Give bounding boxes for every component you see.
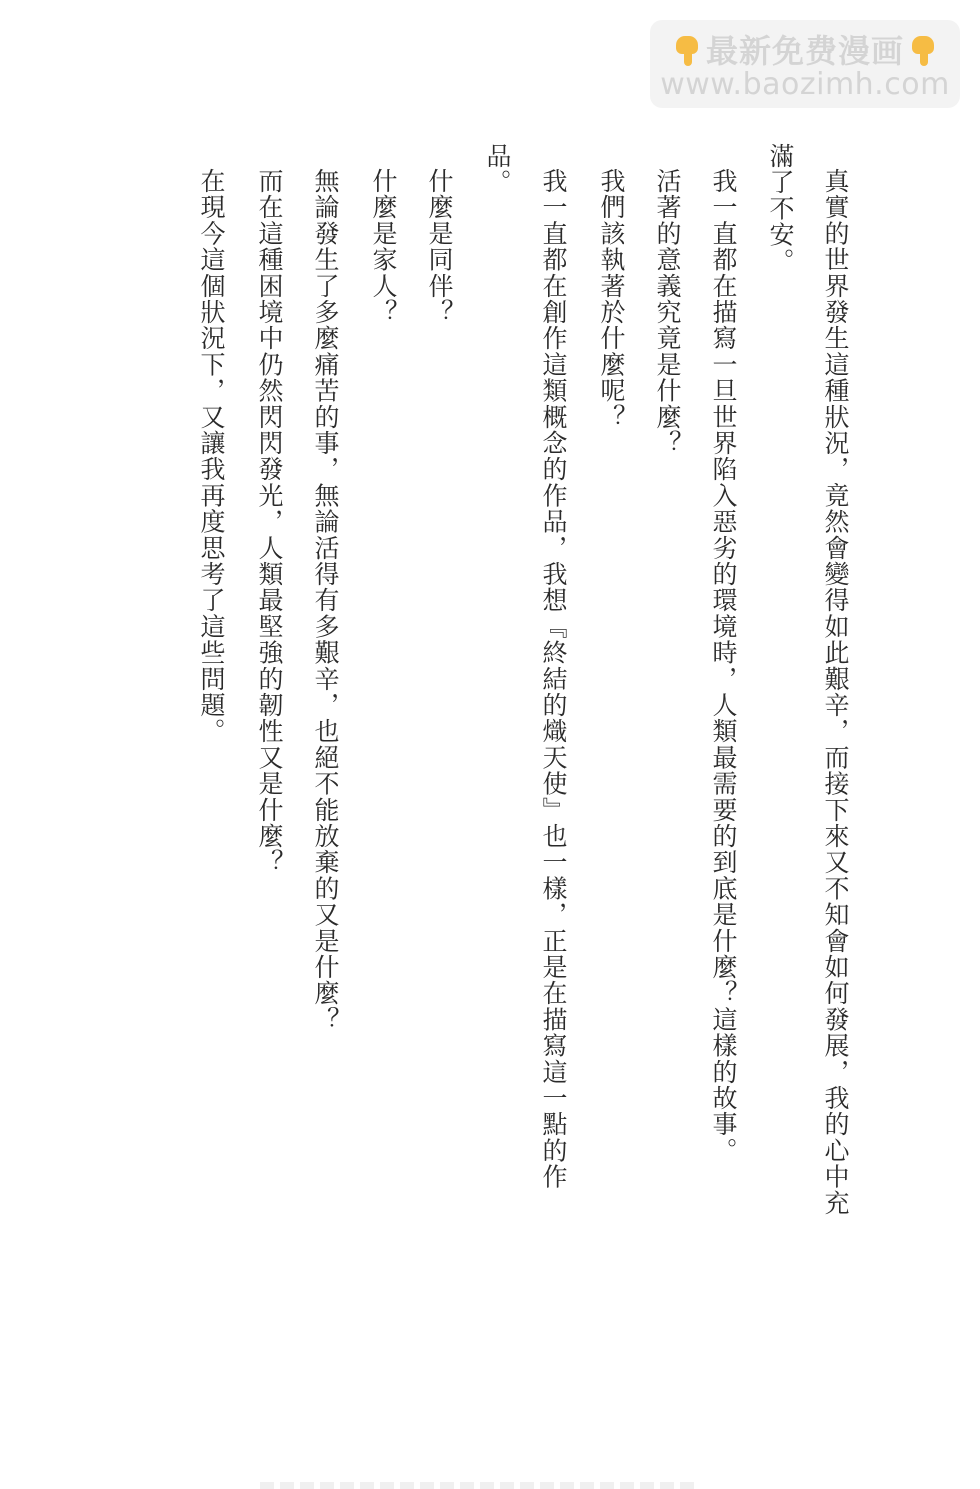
text-column: 在現今這個狀況下，又讓我再度思考了這些問題。	[196, 168, 226, 744]
watermark-badge: 最新免费漫画 www.baozimh.com	[650, 20, 960, 108]
text-column: 我一直都在創作這類概念的作品，我想『終結的熾天使』也一樣，正是在描寫這一點的作	[538, 168, 568, 1190]
text-column: 什麼是同伴？	[424, 168, 454, 325]
watermark-title-row: 最新免费漫画	[650, 30, 960, 68]
text-column: 無論發生了多麼痛苦的事，無論活得有多艱辛，也絕不能放棄的又是什麼？	[310, 168, 340, 1033]
bottom-scan-artifact	[260, 1482, 700, 1489]
text-column: 活著的意義究竟是什麼？	[652, 168, 682, 456]
text-column: 我一直都在描寫一旦世界陷入惡劣的環境時，人類最需要的到底是什麼？這樣的故事。	[708, 168, 738, 1164]
text-column: 而在這種困境中仍然閃閃發光，人類最堅強的韌性又是什麼？	[254, 168, 284, 875]
text-column: 品。	[482, 143, 512, 195]
pointing-down-hand-icon	[674, 32, 700, 66]
text-column: 滿了不安。	[765, 143, 795, 274]
text-column: 我們該執著於什麼呢？	[596, 168, 626, 430]
pointing-down-hand-icon	[910, 32, 936, 66]
text-column: 什麼是家人？	[368, 168, 398, 325]
watermark-title: 最新免费漫画	[706, 26, 904, 72]
text-column: 真實的世界發生這種狀況，竟然會變得如此艱辛，而接下來又不知會如何發展，我的心中充	[820, 168, 850, 1216]
watermark-url: www.baozimh.com	[650, 68, 960, 102]
